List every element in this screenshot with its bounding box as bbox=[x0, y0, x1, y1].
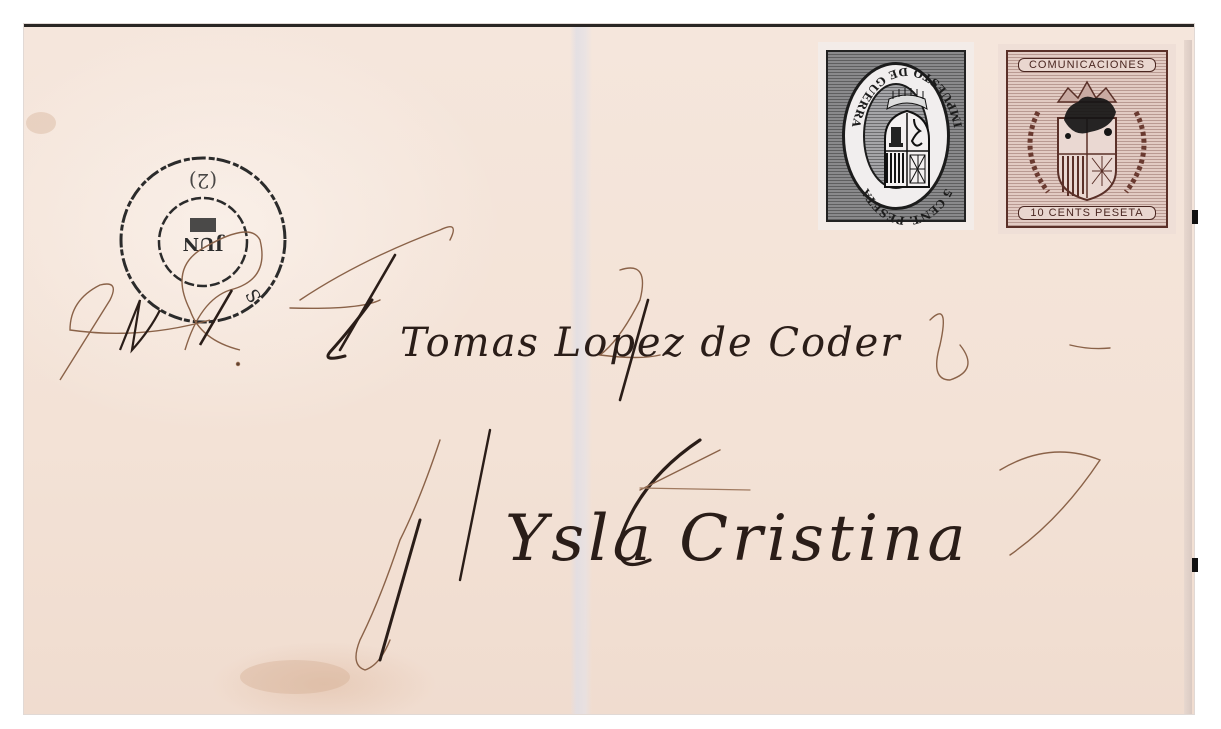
destination-town: Ysla Cristina bbox=[505, 502, 970, 576]
svg-text:(2): (2) bbox=[189, 169, 217, 193]
svg-text:JUN: JUN bbox=[183, 233, 226, 254]
recipient-script bbox=[290, 227, 1110, 400]
svg-text:S: S bbox=[242, 285, 266, 306]
handwriting-layer: (2) JUN S Tomas Lopez de Coder Tomas Lop… bbox=[0, 0, 1221, 729]
recipient-name-visible: Tomas Lopez de Coder bbox=[400, 320, 902, 366]
